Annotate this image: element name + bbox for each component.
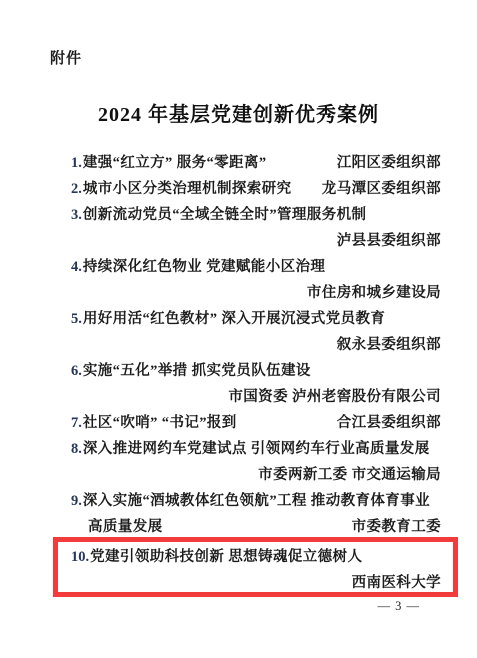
- case-number: 3.: [71, 207, 83, 223]
- case-number: 6.: [71, 363, 83, 379]
- case-title-group: 5.用好用活“红色教材” 深入开展沉浸式党员教育: [71, 306, 441, 332]
- case-title: 深入实施“酒城教体红色领航”工程 推动教育体育事业: [83, 493, 430, 509]
- case-title: 建强“红立方” 服务“零距离”: [83, 155, 267, 171]
- case-department: 龙马潭区委组织部: [322, 176, 441, 202]
- case-item: 4.持续深化红色物业 党建赋能小区治理 市住房和城乡建设局: [71, 254, 441, 306]
- case-title-group: 8.深入推进网约车党建试点 引领网约车行业高质量发展: [71, 436, 441, 462]
- case-department: 市国资委 泸州老窖股份有限公司: [71, 384, 441, 410]
- case-item: 7.社区“吹哨” “书记”报到 合江县委组织部: [71, 410, 441, 436]
- case-number: 5.: [71, 311, 83, 327]
- case-department: 市委两新工委 市交通运输局: [71, 462, 441, 488]
- case-item: 1.建强“红立方” 服务“零距离” 江阳区委组织部: [71, 150, 441, 176]
- case-number: 7.: [71, 415, 83, 431]
- case-department: 市住房和城乡建设局: [71, 280, 441, 306]
- document-title: 2024 年基层党建创新优秀案例: [0, 98, 477, 127]
- case-title-group: 4.持续深化红色物业 党建赋能小区治理: [71, 254, 441, 280]
- case-item: 2.城市小区分类治理机制探索研究 龙马潭区委组织部: [71, 176, 441, 202]
- case-item-highlighted: 10.党建引领助科技创新 思想铸魂促立德树人 西南医科大学: [71, 544, 441, 596]
- case-department: 市委教育工委: [352, 514, 441, 540]
- case-title: 用好用活“红色教材” 深入开展沉浸式党员教育: [83, 311, 385, 327]
- case-title-group: 9.深入实施“酒城教体红色领航”工程 推动教育体育事业: [71, 488, 441, 514]
- case-number: 4.: [71, 259, 83, 275]
- case-title-group: 6.实施“五化”举措 抓实党员队伍建设: [71, 358, 441, 384]
- case-number: 10.: [71, 549, 90, 565]
- attachment-label: 附件: [50, 47, 82, 68]
- case-department: 西南医科大学: [71, 570, 441, 596]
- case-item: 6.实施“五化”举措 抓实党员队伍建设 市国资委 泸州老窖股份有限公司: [71, 358, 441, 410]
- case-department: 合江县委组织部: [337, 410, 441, 436]
- case-title: 社区“吹哨” “书记”报到: [83, 415, 237, 431]
- case-list: 1.建强“红立方” 服务“零距离” 江阳区委组织部 2.城市小区分类治理机制探索…: [71, 150, 441, 596]
- case-department: 江阳区委组织部: [337, 150, 441, 176]
- case-item: 8.深入推进网约车党建试点 引领网约车行业高质量发展 市委两新工委 市交通运输局: [71, 436, 441, 488]
- case-title-group: 10.党建引领助科技创新 思想铸魂促立德树人: [71, 544, 441, 570]
- case-number: 2.: [71, 181, 83, 197]
- case-number: 1.: [71, 155, 83, 171]
- document-page: 附件 2024 年基层党建创新优秀案例 1.建强“红立方” 服务“零距离” 江阳…: [0, 0, 477, 658]
- case-title-group: 2.城市小区分类治理机制探索研究: [71, 176, 291, 202]
- case-title-continuation: 高质量发展 市委教育工委: [71, 514, 441, 540]
- case-title-line2: 高质量发展: [71, 514, 163, 540]
- case-title-group: 7.社区“吹哨” “书记”报到: [71, 410, 237, 436]
- case-department: 叙永县委组织部: [71, 332, 441, 358]
- case-item: 5.用好用活“红色教材” 深入开展沉浸式党员教育 叙永县委组织部: [71, 306, 441, 358]
- case-title: 城市小区分类治理机制探索研究: [83, 181, 292, 197]
- case-number: 9.: [71, 493, 83, 509]
- case-title: 实施“五化”举措 抓实党员队伍建设: [83, 363, 311, 379]
- case-title-group: 1.建强“红立方” 服务“零距离”: [71, 150, 267, 176]
- page-number: — 3 —: [0, 599, 420, 614]
- case-title: 党建引领助科技创新 思想铸魂促立德树人: [90, 549, 362, 565]
- case-item: 9.深入实施“酒城教体红色领航”工程 推动教育体育事业 高质量发展 市委教育工委: [71, 488, 441, 540]
- case-title: 持续深化红色物业 党建赋能小区治理: [83, 259, 325, 275]
- case-item: 3.创新流动党员“全域全链全时”管理服务机制 泸县县委组织部: [71, 202, 441, 254]
- case-title-group: 3.创新流动党员“全域全链全时”管理服务机制: [71, 202, 441, 228]
- case-department: 泸县县委组织部: [71, 228, 441, 254]
- case-title: 创新流动党员“全域全链全时”管理服务机制: [83, 207, 367, 223]
- case-number: 8.: [71, 441, 83, 457]
- case-title: 深入推进网约车党建试点 引领网约车行业高质量发展: [83, 441, 430, 457]
